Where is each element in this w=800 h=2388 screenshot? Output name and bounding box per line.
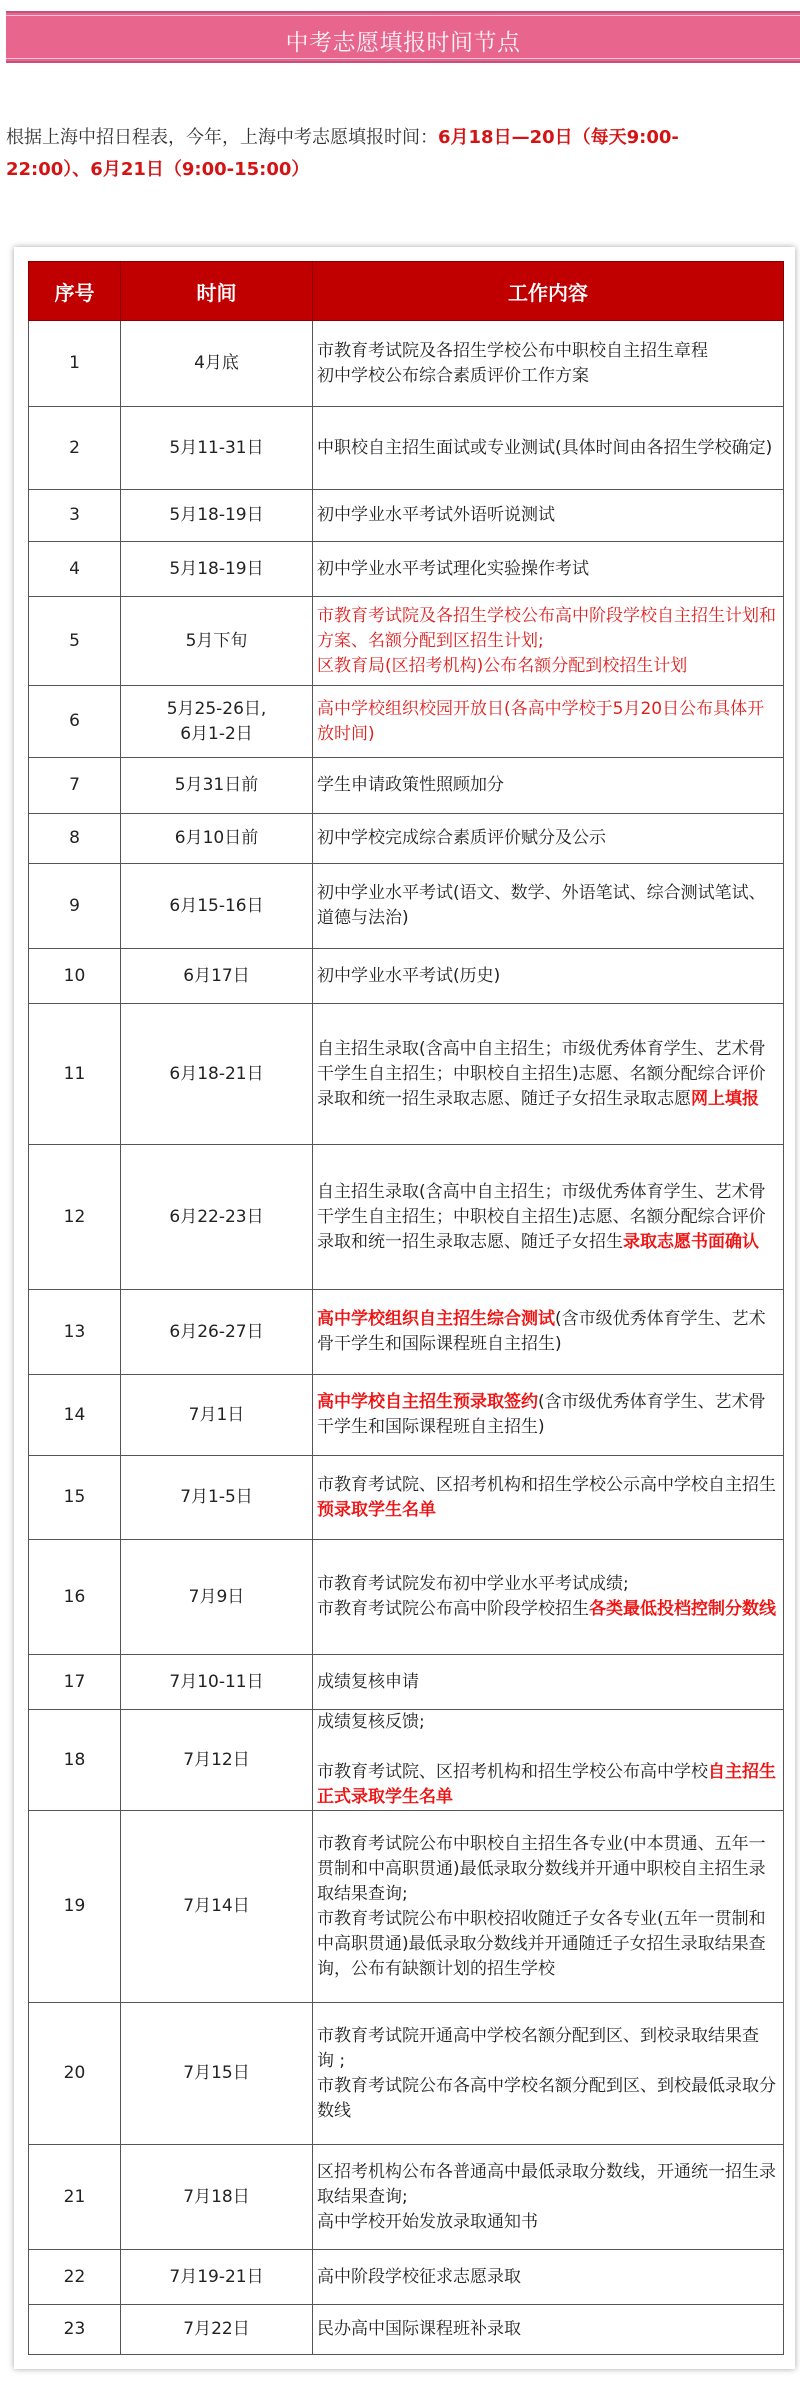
row-content: 市教育考试院及各招生学校公布中职校自主招生章程初中学校公布综合素质评价工作方案 bbox=[313, 321, 784, 407]
row-date: 7月9日 bbox=[121, 1540, 313, 1655]
row-content: 成绩复核反馈;市教育考试院、区招考机构和招生学校公布高中学校自主招生正式录取学生… bbox=[313, 1710, 784, 1811]
header-number: 序号 bbox=[29, 262, 121, 321]
content-text: 市教育考试院发布初中学业水平考试成绩; bbox=[317, 1574, 629, 1594]
content-text: 市教育考试院、区招考机构和招生学校公示高中学校自主招生 bbox=[317, 1475, 776, 1495]
row-date: 6月15-16日 bbox=[121, 864, 313, 949]
row-number: 6 bbox=[29, 686, 121, 758]
row-content: 高中学校自主招生预录取签约(含市级优秀体育学生、艺术骨干学生和国际课程班自主招生… bbox=[313, 1375, 784, 1456]
table-row: 136月26-27日高中学校组织自主招生综合测试(含市级优秀体育学生、艺术骨干学… bbox=[29, 1290, 784, 1375]
content-text: 市教育考试院公布中职校招收随迁子女各专业(五年一贯制和中高职贯通)最低录取分数线… bbox=[317, 1909, 766, 1979]
content-line: 初中学校完成综合素质评价赋分及公示 bbox=[317, 826, 779, 851]
row-date: 5月18-19日 bbox=[121, 542, 313, 597]
row-number: 9 bbox=[29, 864, 121, 949]
row-number: 14 bbox=[29, 1375, 121, 1456]
content-line: 市教育考试院公布中职校招收随迁子女各专业(五年一贯制和中高职贯通)最低录取分数线… bbox=[317, 1907, 779, 1982]
content-line: 市教育考试院、区招考机构和招生学校公示高中学校自主招生预录取学生名单 bbox=[317, 1473, 779, 1523]
row-content: 市教育考试院及各招生学校公布高中阶段学校自主招生计划和方案、名额分配到区招生计划… bbox=[313, 597, 784, 686]
content-line: 中职校自主招生面试或专业测试(具体时间由各招生学校确定) bbox=[317, 436, 779, 461]
row-number: 20 bbox=[29, 2003, 121, 2145]
table-row: 237月22日民办高中国际课程班补录取 bbox=[29, 2305, 784, 2355]
row-number: 21 bbox=[29, 2145, 121, 2250]
content-line: 初中学校公布综合素质评价工作方案 bbox=[317, 364, 779, 389]
table-row: 25月11-31日中职校自主招生面试或专业测试(具体时间由各招生学校确定) bbox=[29, 407, 784, 490]
content-line: 成绩复核申请 bbox=[317, 1670, 779, 1695]
table-header-row: 序号 时间 工作内容 bbox=[29, 262, 784, 321]
row-date: 5月18-19日 bbox=[121, 490, 313, 542]
table-body: 14月底市教育考试院及各招生学校公布中职校自主招生章程初中学校公布综合素质评价工… bbox=[29, 321, 784, 2355]
table-row: 157月1-5日市教育考试院、区招考机构和招生学校公示高中学校自主招生预录取学生… bbox=[29, 1456, 784, 1540]
content-line: 市教育考试院及各招生学校公布中职校自主招生章程 bbox=[317, 339, 779, 364]
content-text: 初中学业水平考试(历史) bbox=[317, 966, 500, 986]
row-content: 初中学业水平考试外语听说测试 bbox=[313, 490, 784, 542]
table-row: 126月22-23日自主招生录取(含高中自主招生；市级优秀体育学生、艺术骨干学生… bbox=[29, 1145, 784, 1290]
row-content: 初中学业水平考试(历史) bbox=[313, 949, 784, 1004]
content-line: 市教育考试院公布各高中学校名额分配到区、到校最低录取分数线 bbox=[317, 2074, 779, 2124]
row-date: 5月25-26日, 6月1-2日 bbox=[121, 686, 313, 758]
content-text: 初中学业水平考试外语听说测试 bbox=[317, 505, 555, 525]
row-content: 高中阶段学校征求志愿录取 bbox=[313, 2250, 784, 2305]
row-content: 市教育考试院、区招考机构和招生学校公示高中学校自主招生预录取学生名单 bbox=[313, 1456, 784, 1540]
page-title: 中考志愿填报时间节点 bbox=[6, 24, 800, 57]
table-row: 147月1日高中学校自主招生预录取签约(含市级优秀体育学生、艺术骨干学生和国际课… bbox=[29, 1375, 784, 1456]
table-row: 207月15日市教育考试院开通高中学校名额分配到区、到校录取结果查 询 ;市教育… bbox=[29, 2003, 784, 2145]
row-number: 10 bbox=[29, 949, 121, 1004]
content-text: 学生申请政策性照顾加分 bbox=[317, 775, 504, 795]
content-text: 初中学校公布综合素质评价工作方案 bbox=[317, 366, 589, 386]
row-date: 7月12日 bbox=[121, 1710, 313, 1811]
content-text: 市教育考试院及各招生学校公布中职校自主招生章程 bbox=[317, 341, 708, 361]
header-content: 工作内容 bbox=[313, 262, 784, 321]
highlighted-text: 网上填报 bbox=[691, 1089, 759, 1109]
table-row: 96月15-16日初中学业水平考试(语文、数学、外语笔试、综合测试笔试、道德与法… bbox=[29, 864, 784, 949]
content-line: 初中学业水平考试(历史) bbox=[317, 964, 779, 989]
content-text: 区招考机构公布各普通高中最低录取分数线，开通统一招生录取结果查询; bbox=[317, 2162, 776, 2207]
content-line: 高中学校组织校园开放日(各高中学校于5月20日公布具体开放时间) bbox=[317, 697, 779, 747]
highlighted-text: 录取志愿书面确认 bbox=[623, 1232, 759, 1252]
row-content: 市教育考试院发布初中学业水平考试成绩;市教育考试院公布高中阶段学校招生各类最低投… bbox=[313, 1540, 784, 1655]
schedule-table: 序号 时间 工作内容 14月底市教育考试院及各招生学校公布中职校自主招生章程初中… bbox=[28, 261, 784, 2355]
row-content: 自主招生录取(含高中自主招生；市级优秀体育学生、艺术骨干学生自主招生；中职校自主… bbox=[313, 1145, 784, 1290]
row-number: 15 bbox=[29, 1456, 121, 1540]
row-date: 6月22-23日 bbox=[121, 1145, 313, 1290]
row-number: 12 bbox=[29, 1145, 121, 1290]
table-row: 35月18-19日初中学业水平考试外语听说测试 bbox=[29, 490, 784, 542]
content-line: 学生申请政策性照顾加分 bbox=[317, 773, 779, 798]
row-number: 19 bbox=[29, 1811, 121, 2003]
highlighted-text: 区教育局(区招考机构)公布名额分配到校招生计划 bbox=[317, 656, 687, 676]
table-row: 187月12日成绩复核反馈;市教育考试院、区招考机构和招生学校公布高中学校自主招… bbox=[29, 1710, 784, 1811]
row-number: 11 bbox=[29, 1004, 121, 1145]
row-content: 民办高中国际课程班补录取 bbox=[313, 2305, 784, 2355]
content-text: 高中阶段学校征求志愿录取 bbox=[317, 2267, 521, 2287]
content-line: 成绩复核反馈; bbox=[317, 1710, 779, 1735]
row-number: 16 bbox=[29, 1540, 121, 1655]
table-row: 217月18日区招考机构公布各普通高中最低录取分数线，开通统一招生录取结果查询;… bbox=[29, 2145, 784, 2250]
row-content: 自主招生录取(含高中自主招生；市级优秀体育学生、艺术骨干学生自主招生；中职校自主… bbox=[313, 1004, 784, 1145]
table-row: 106月17日初中学业水平考试(历史) bbox=[29, 949, 784, 1004]
row-number: 4 bbox=[29, 542, 121, 597]
row-content: 高中学校组织校园开放日(各高中学校于5月20日公布具体开放时间) bbox=[313, 686, 784, 758]
content-line: 市教育考试院及各招生学校公布高中阶段学校自主招生计划和方案、名额分配到区招生计划… bbox=[317, 604, 779, 654]
row-date: 7月1-5日 bbox=[121, 1456, 313, 1540]
table-row: 197月14日市教育考试院公布中职校自主招生各专业(中本贯通、五年一贯制和中高职… bbox=[29, 1811, 784, 2003]
content-line: 市教育考试院公布高中阶段学校招生各类最低投档控制分数线 bbox=[317, 1597, 779, 1622]
row-number: 23 bbox=[29, 2305, 121, 2355]
content-text: 市教育考试院、区招考机构和招生学校公布高中学校 bbox=[317, 1762, 708, 1782]
highlighted-text: 高中学校组织校园开放日(各高中学校于5月20日公布具体开放时间) bbox=[317, 699, 764, 744]
row-number: 22 bbox=[29, 2250, 121, 2305]
row-content: 高中学校组织自主招生综合测试(含市级优秀体育学生、艺术骨干学生和国际课程班自主招… bbox=[313, 1290, 784, 1375]
content-line: 自主招生录取(含高中自主招生；市级优秀体育学生、艺术骨干学生自主招生；中职校自主… bbox=[317, 1037, 779, 1112]
row-date: 6月10日前 bbox=[121, 814, 313, 864]
content-text: 高中学校开始发放录取通知书 bbox=[317, 2212, 538, 2232]
content-line: 市教育考试院发布初中学业水平考试成绩; bbox=[317, 1572, 779, 1597]
row-content: 学生申请政策性照顾加分 bbox=[313, 758, 784, 814]
content-line: 区招考机构公布各普通高中最低录取分数线，开通统一招生录取结果查询; bbox=[317, 2160, 779, 2210]
highlighted-text: 各类最低投档控制分数线 bbox=[589, 1599, 776, 1619]
row-number: 5 bbox=[29, 597, 121, 686]
content-line: 高中学校自主招生预录取签约(含市级优秀体育学生、艺术骨干学生和国际课程班自主招生… bbox=[317, 1390, 779, 1440]
content-text: 市教育考试院开通高中学校名额分配到区、到校录取结果查 询 ; bbox=[317, 2026, 759, 2071]
content-line: 市教育考试院、区招考机构和招生学校公布高中学校自主招生正式录取学生名单 bbox=[317, 1760, 779, 1810]
row-number: 17 bbox=[29, 1655, 121, 1710]
highlighted-text: 高中学校自主招生预录取签约 bbox=[317, 1392, 538, 1412]
highlighted-text: 预录取学生名单 bbox=[317, 1500, 436, 1520]
row-date: 7月14日 bbox=[121, 1811, 313, 2003]
content-line: 高中阶段学校征求志愿录取 bbox=[317, 2265, 779, 2290]
row-number: 7 bbox=[29, 758, 121, 814]
content-line: 民办高中国际课程班补录取 bbox=[317, 2317, 779, 2342]
title-banner: 中考志愿填报时间节点 bbox=[6, 11, 800, 63]
row-number: 8 bbox=[29, 814, 121, 864]
row-content: 初中学业水平考试理化实验操作考试 bbox=[313, 542, 784, 597]
row-date: 6月17日 bbox=[121, 949, 313, 1004]
row-number: 2 bbox=[29, 407, 121, 490]
table-row: 14月底市教育考试院及各招生学校公布中职校自主招生章程初中学校公布综合素质评价工… bbox=[29, 321, 784, 407]
row-date: 7月10-11日 bbox=[121, 1655, 313, 1710]
content-line: 初中学业水平考试外语听说测试 bbox=[317, 503, 779, 528]
content-line: 市教育考试院开通高中学校名额分配到区、到校录取结果查 询 ; bbox=[317, 2024, 779, 2074]
content-text: 初中学业水平考试(语文、数学、外语笔试、综合测试笔试、道德与法治) bbox=[317, 883, 766, 928]
table-row: 116月18-21日自主招生录取(含高中自主招生；市级优秀体育学生、艺术骨干学生… bbox=[29, 1004, 784, 1145]
highlighted-text: 高中学校组织自主招生综合测试 bbox=[317, 1309, 555, 1329]
content-text: 市教育考试院公布中职校自主招生各专业(中本贯通、五年一贯制和中高职贯通)最低录取… bbox=[317, 1834, 766, 1904]
intro-paragraph: 根据上海中招日程表，今年，上海中考志愿填报时间：6月18日—20日（每天9:00… bbox=[6, 122, 706, 186]
row-number: 1 bbox=[29, 321, 121, 407]
content-text: 民办高中国际课程班补录取 bbox=[317, 2319, 521, 2339]
row-content: 初中学业水平考试(语文、数学、外语笔试、综合测试笔试、道德与法治) bbox=[313, 864, 784, 949]
content-blank-line bbox=[317, 1735, 779, 1760]
row-content: 市教育考试院公布中职校自主招生各专业(中本贯通、五年一贯制和中高职贯通)最低录取… bbox=[313, 1811, 784, 2003]
row-number: 3 bbox=[29, 490, 121, 542]
row-number: 18 bbox=[29, 1710, 121, 1811]
content-text: 市教育考试院公布高中阶段学校招生 bbox=[317, 1599, 589, 1619]
highlighted-text: 市教育考试院及各招生学校公布高中阶段学校自主招生计划和方案、名额分配到区招生计划… bbox=[317, 606, 776, 651]
content-line: 初中学业水平考试(语文、数学、外语笔试、综合测试笔试、道德与法治) bbox=[317, 881, 779, 931]
table-row: 227月19-21日高中阶段学校征求志愿录取 bbox=[29, 2250, 784, 2305]
row-content: 中职校自主招生面试或专业测试(具体时间由各招生学校确定) bbox=[313, 407, 784, 490]
content-text: 成绩复核反馈; bbox=[317, 1712, 425, 1732]
content-line: 区教育局(区招考机构)公布名额分配到校招生计划 bbox=[317, 654, 779, 679]
content-line: 高中学校组织自主招生综合测试(含市级优秀体育学生、艺术骨干学生和国际课程班自主招… bbox=[317, 1307, 779, 1357]
content-text: 初中学业水平考试理化实验操作考试 bbox=[317, 559, 589, 579]
table-row: 45月18-19日初中学业水平考试理化实验操作考试 bbox=[29, 542, 784, 597]
content-line: 自主招生录取(含高中自主招生；市级优秀体育学生、艺术骨干学生自主招生；中职校自主… bbox=[317, 1180, 779, 1255]
row-date: 5月11-31日 bbox=[121, 407, 313, 490]
row-date: 7月22日 bbox=[121, 2305, 313, 2355]
row-content: 市教育考试院开通高中学校名额分配到区、到校录取结果查 询 ;市教育考试院公布各高… bbox=[313, 2003, 784, 2145]
table-row: 55月下旬市教育考试院及各招生学校公布高中阶段学校自主招生计划和方案、名额分配到… bbox=[29, 597, 784, 686]
row-date: 7月1日 bbox=[121, 1375, 313, 1456]
row-content: 初中学校完成综合素质评价赋分及公示 bbox=[313, 814, 784, 864]
content-line: 市教育考试院公布中职校自主招生各专业(中本贯通、五年一贯制和中高职贯通)最低录取… bbox=[317, 1832, 779, 1907]
content-text: 市教育考试院公布各高中学校名额分配到区、到校最低录取分数线 bbox=[317, 2076, 776, 2121]
intro-text: 根据上海中招日程表，今年，上海中考志愿填报时间： bbox=[6, 127, 438, 148]
content-line: 初中学业水平考试理化实验操作考试 bbox=[317, 557, 779, 582]
content-text: 成绩复核申请 bbox=[317, 1672, 419, 1692]
table-row: 167月9日市教育考试院发布初中学业水平考试成绩;市教育考试院公布高中阶段学校招… bbox=[29, 1540, 784, 1655]
row-date: 5月下旬 bbox=[121, 597, 313, 686]
table-row: 65月25-26日, 6月1-2日高中学校组织校园开放日(各高中学校于5月20日… bbox=[29, 686, 784, 758]
content-line: 高中学校开始发放录取通知书 bbox=[317, 2210, 779, 2235]
row-date: 7月18日 bbox=[121, 2145, 313, 2250]
row-date: 7月15日 bbox=[121, 2003, 313, 2145]
row-date: 7月19-21日 bbox=[121, 2250, 313, 2305]
row-date: 6月26-27日 bbox=[121, 1290, 313, 1375]
content-text: 中职校自主招生面试或专业测试(具体时间由各招生学校确定) bbox=[317, 438, 772, 458]
content-text: 初中学校完成综合素质评价赋分及公示 bbox=[317, 828, 606, 848]
row-date: 6月18-21日 bbox=[121, 1004, 313, 1145]
row-content: 区招考机构公布各普通高中最低录取分数线，开通统一招生录取结果查询;高中学校开始发… bbox=[313, 2145, 784, 2250]
row-content: 成绩复核申请 bbox=[313, 1655, 784, 1710]
header-time: 时间 bbox=[121, 262, 313, 321]
row-date: 4月底 bbox=[121, 321, 313, 407]
table-row: 75月31日前学生申请政策性照顾加分 bbox=[29, 758, 784, 814]
row-date: 5月31日前 bbox=[121, 758, 313, 814]
table-row: 177月10-11日成绩复核申请 bbox=[29, 1655, 784, 1710]
table-row: 86月10日前初中学校完成综合素质评价赋分及公示 bbox=[29, 814, 784, 864]
row-number: 13 bbox=[29, 1290, 121, 1375]
